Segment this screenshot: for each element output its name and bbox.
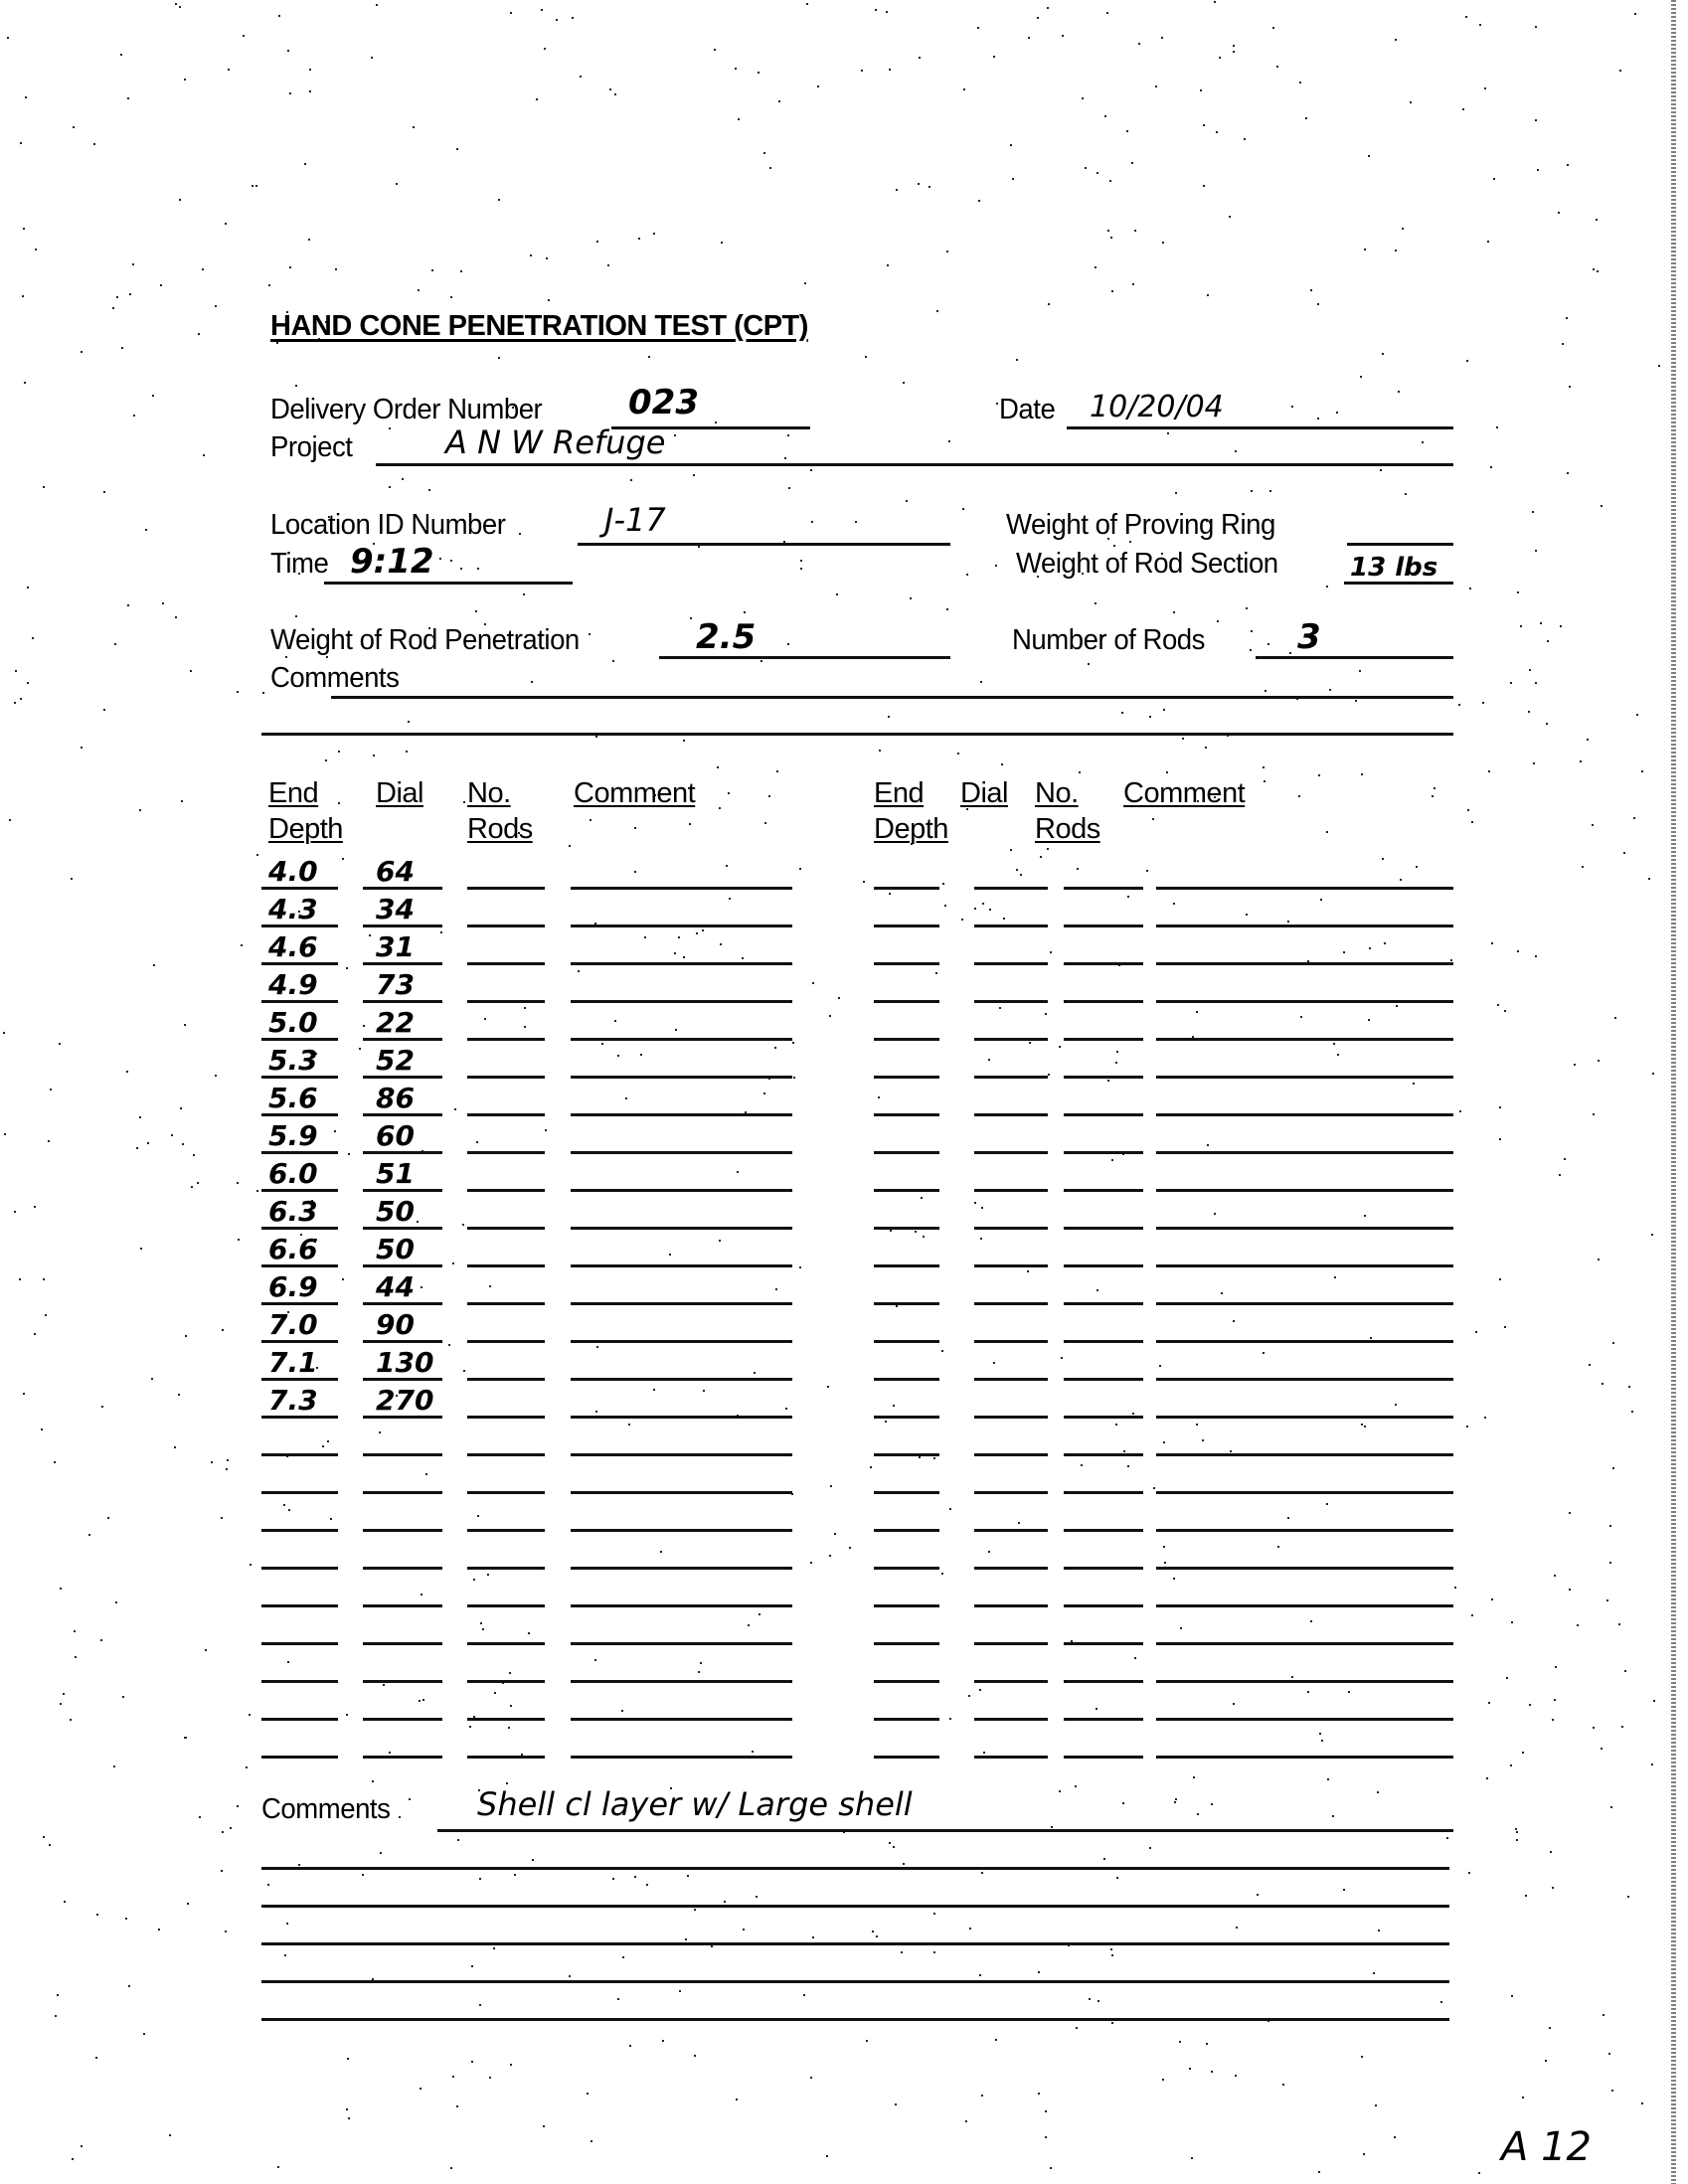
speck	[1219, 57, 1221, 59]
row-line	[261, 1453, 338, 1456]
speck	[893, 1846, 895, 1848]
row-line	[363, 1604, 442, 1607]
row-line[interactable]	[1156, 1529, 1453, 1532]
cell-end-depth[interactable]: 5.6	[268, 1084, 318, 1113]
speck	[630, 479, 632, 481]
row-line	[571, 887, 792, 890]
cell-dial[interactable]: 270	[376, 1386, 433, 1416]
speck	[1633, 817, 1635, 819]
row-line[interactable]	[1064, 1038, 1143, 1041]
row-line[interactable]	[874, 1340, 939, 1343]
cell-dial[interactable]: 64	[376, 857, 415, 887]
cell-dial[interactable]: 60	[376, 1121, 415, 1151]
speck	[589, 633, 591, 635]
row-line	[363, 1718, 442, 1721]
row-line[interactable]	[874, 1756, 939, 1759]
row-line[interactable]	[1156, 962, 1453, 965]
speck	[735, 68, 737, 70]
speck	[1113, 545, 1115, 547]
speck	[1363, 2153, 1365, 2155]
speck	[768, 795, 770, 797]
speck	[1149, 1847, 1151, 1849]
row-line[interactable]	[974, 1453, 1048, 1456]
cell-dial[interactable]: 22	[376, 1008, 415, 1038]
row-line[interactable]	[974, 1038, 1048, 1041]
speck	[409, 1798, 411, 1800]
speck	[810, 2077, 812, 2079]
speck	[966, 574, 968, 576]
row-line[interactable]	[974, 1756, 1048, 1759]
speck	[1482, 702, 1484, 704]
delivery-order-value[interactable]: 023	[628, 386, 699, 420]
row-line[interactable]	[1064, 1227, 1143, 1230]
speck	[1593, 1113, 1595, 1115]
row-line[interactable]	[974, 1302, 1048, 1305]
row-line[interactable]	[874, 1718, 939, 1721]
speck	[1263, 766, 1265, 768]
speck	[389, 427, 391, 429]
speck	[1062, 35, 1064, 37]
speck	[906, 500, 908, 502]
speck	[120, 54, 122, 56]
speck	[634, 871, 636, 873]
cell-dial[interactable]: 73	[376, 970, 415, 1000]
speck	[1529, 669, 1531, 671]
speck	[812, 982, 814, 984]
row-line[interactable]	[1064, 1604, 1143, 1607]
cell-end-depth[interactable]: 5.9	[268, 1121, 318, 1151]
speck	[1001, 763, 1003, 765]
speck	[879, 750, 881, 752]
speck	[829, 1015, 831, 1017]
speck	[638, 238, 640, 240]
speck	[406, 751, 408, 753]
row-line[interactable]	[874, 962, 939, 965]
speck	[918, 183, 920, 185]
speck	[152, 395, 154, 397]
row-line[interactable]	[1064, 1416, 1143, 1419]
row-line[interactable]	[974, 1680, 1048, 1683]
speck	[1499, 1138, 1501, 1140]
row-line[interactable]	[974, 1567, 1048, 1570]
location-id-value[interactable]: J-17	[604, 503, 666, 537]
speck	[1045, 1013, 1047, 1015]
row-line[interactable]	[1156, 1227, 1453, 1230]
row-line[interactable]	[1064, 1264, 1143, 1267]
row-line[interactable]	[874, 1038, 939, 1041]
speck	[974, 1202, 976, 1204]
cell-end-depth[interactable]: 7.1	[268, 1348, 318, 1378]
speck	[524, 1007, 526, 1009]
speck	[743, 1929, 745, 1931]
row-line[interactable]	[874, 1189, 939, 1192]
row-line[interactable]	[974, 1000, 1048, 1003]
speck	[689, 823, 691, 825]
row-line[interactable]	[1156, 1189, 1453, 1192]
speck	[889, 1842, 891, 1844]
row-line[interactable]	[874, 1680, 939, 1683]
speck	[1364, 249, 1366, 251]
row-line[interactable]	[1156, 1604, 1453, 1607]
cell-end-depth[interactable]: 4.3	[268, 895, 318, 924]
row-line[interactable]	[1156, 1076, 1453, 1079]
cell-end-depth[interactable]: 5.3	[268, 1046, 318, 1076]
speck	[322, 1445, 324, 1447]
row-line[interactable]	[874, 1151, 939, 1154]
row-line[interactable]	[974, 1227, 1048, 1230]
row-line[interactable]	[1064, 924, 1143, 927]
row-line[interactable]	[1156, 1000, 1453, 1003]
speck	[834, 1533, 836, 1535]
row-line[interactable]	[974, 887, 1048, 890]
speck	[933, 1457, 935, 1459]
cell-dial[interactable]: 86	[376, 1084, 415, 1113]
comment-line[interactable]	[261, 1867, 1449, 1870]
speck	[1202, 1439, 1204, 1441]
row-line[interactable]	[1156, 1680, 1453, 1683]
row-line[interactable]	[1064, 1491, 1143, 1494]
cell-end-depth[interactable]: 6.9	[268, 1272, 318, 1302]
comment-line[interactable]	[261, 1905, 1449, 1908]
speck	[184, 1024, 186, 1026]
row-line[interactable]	[1064, 1642, 1143, 1645]
speck	[1499, 1278, 1501, 1280]
speck	[1522, 1752, 1524, 1754]
speck	[215, 1075, 217, 1077]
row-line[interactable]	[1156, 1567, 1453, 1570]
row-line[interactable]	[1156, 1151, 1453, 1154]
speck	[510, 12, 512, 14]
speck	[1088, 663, 1090, 665]
cell-dial[interactable]: 52	[376, 1046, 415, 1076]
row-line[interactable]	[1064, 1113, 1143, 1116]
speck	[1653, 1700, 1655, 1702]
speck	[457, 1839, 459, 1841]
speck	[1233, 1320, 1235, 1322]
date-value[interactable]: 10/20/04	[1090, 391, 1224, 424]
speck	[396, 183, 398, 185]
speck	[452, 2076, 454, 2078]
speck	[1619, 70, 1621, 72]
row-line	[467, 1151, 545, 1154]
row-line[interactable]	[974, 924, 1048, 927]
speck	[800, 568, 802, 570]
speck	[399, 1816, 401, 1818]
row-line[interactable]	[874, 1264, 939, 1267]
cell-dial[interactable]: 34	[376, 895, 415, 924]
speck	[221, 1517, 223, 1519]
row-line[interactable]	[974, 1642, 1048, 1645]
row-line[interactable]	[1064, 887, 1143, 890]
cell-end-depth[interactable]: 4.9	[268, 970, 318, 1000]
speck	[979, 1974, 981, 1976]
speck	[890, 1230, 892, 1232]
speck	[1332, 1815, 1334, 1817]
speck	[425, 1473, 427, 1475]
speck	[1491, 1598, 1493, 1600]
speck	[81, 747, 83, 749]
rod-section-value[interactable]: 13 lbs	[1350, 551, 1437, 585]
speck	[1651, 1234, 1653, 1236]
speck	[903, 382, 905, 384]
speck	[702, 929, 704, 931]
speck	[178, 1394, 180, 1396]
speck	[199, 1816, 201, 1818]
speck	[428, 489, 430, 491]
cell-dial[interactable]: 50	[376, 1197, 415, 1227]
cell-end-depth[interactable]: 5.0	[268, 1008, 318, 1038]
speck	[255, 185, 257, 187]
row-line	[571, 1340, 792, 1343]
speck	[1395, 39, 1397, 41]
project-value[interactable]: A N W Refuge	[445, 425, 665, 459]
speck	[1191, 2157, 1193, 2159]
speck	[510, 2064, 512, 2066]
speck	[95, 2057, 97, 2059]
bottom-comments-label: Comments	[261, 1793, 390, 1825]
row-line[interactable]	[874, 924, 939, 927]
row-line[interactable]	[974, 1529, 1048, 1532]
row-line[interactable]	[874, 1113, 939, 1116]
row-line[interactable]	[874, 1076, 939, 1079]
row-line[interactable]	[974, 1604, 1048, 1607]
cell-dial[interactable]: 130	[376, 1348, 433, 1378]
row-line[interactable]	[874, 1604, 939, 1607]
speck	[1487, 241, 1489, 243]
cell-end-depth[interactable]: 7.3	[268, 1386, 318, 1416]
row-line[interactable]	[974, 1340, 1048, 1343]
num-rods-value[interactable]: 3	[1297, 620, 1321, 654]
speck	[693, 474, 695, 476]
cell-end-depth[interactable]: 6.3	[268, 1197, 318, 1227]
speck	[903, 1863, 905, 1865]
speck	[690, 617, 692, 619]
speck	[1559, 1174, 1561, 1176]
speck	[1318, 774, 1320, 776]
row-line[interactable]	[1064, 962, 1143, 965]
speck	[70, 1719, 72, 1721]
row-line	[467, 1302, 545, 1305]
row-line[interactable]	[1064, 1680, 1143, 1683]
speck	[1291, 1676, 1293, 1678]
row-line[interactable]	[1064, 1718, 1143, 1721]
speck	[489, 2077, 491, 2079]
speck	[1038, 2093, 1040, 2095]
row-line[interactable]	[874, 1227, 939, 1230]
row-line[interactable]	[974, 1113, 1048, 1116]
speck	[596, 1346, 598, 1348]
row-line[interactable]	[874, 1453, 939, 1456]
comments-line-2	[261, 733, 1453, 736]
comment-line[interactable]	[261, 1942, 1449, 1945]
speck	[724, 1901, 726, 1903]
cell-end-depth[interactable]: 4.6	[268, 932, 318, 962]
speck	[1277, 1546, 1279, 1548]
speck	[287, 1661, 289, 1663]
speck	[946, 608, 948, 610]
speck	[1569, 386, 1571, 388]
speck	[556, 19, 558, 21]
row-line[interactable]	[1156, 887, 1453, 890]
speck	[419, 1700, 421, 1702]
row-line[interactable]	[1156, 1453, 1453, 1456]
rod-penetration-value[interactable]: 2.5	[696, 620, 756, 654]
date-label: Date	[999, 394, 1055, 425]
time-value[interactable]: 9:12	[350, 545, 434, 579]
speck	[993, 1362, 995, 1364]
speck	[268, 284, 270, 286]
speck	[714, 49, 716, 51]
speck	[1612, 1467, 1614, 1469]
row-line[interactable]	[974, 1416, 1048, 1419]
speck	[50, 1089, 52, 1091]
cell-dial[interactable]: 50	[376, 1235, 415, 1264]
speck	[1272, 27, 1274, 29]
speck	[1207, 294, 1209, 296]
speck	[1163, 709, 1165, 711]
row-line[interactable]	[874, 1642, 939, 1645]
speck	[792, 1042, 794, 1044]
row-line[interactable]	[874, 1000, 939, 1003]
speck	[298, 1864, 300, 1866]
speck	[34, 1333, 36, 1335]
speck	[1510, 1764, 1512, 1766]
speck	[471, 2061, 473, 2063]
speck	[965, 2120, 967, 2122]
speck	[452, 1262, 454, 1264]
cell-end-depth[interactable]: 7.0	[268, 1310, 318, 1340]
speck	[715, 421, 717, 423]
speck	[694, 1909, 696, 1911]
speck	[448, 1344, 450, 1346]
row-line[interactable]	[1156, 1113, 1453, 1116]
speck	[1582, 866, 1584, 868]
speck	[981, 1872, 983, 1874]
speck	[373, 755, 375, 756]
row-line[interactable]	[1156, 1642, 1453, 1645]
row-line[interactable]	[1064, 1378, 1143, 1381]
speck	[979, 1689, 981, 1691]
row-line[interactable]	[974, 962, 1048, 965]
speck	[59, 1043, 61, 1045]
cell-dial[interactable]: 90	[376, 1310, 415, 1340]
row-line[interactable]	[1064, 1529, 1143, 1532]
speck	[498, 199, 500, 201]
comment-line[interactable]	[261, 2018, 1449, 2021]
bottom-comments-value[interactable]: Shell cl layer w/ Large shell	[477, 1787, 913, 1821]
speck	[1511, 1995, 1513, 1997]
speck	[342, 1278, 344, 1280]
row-line[interactable]	[1064, 1302, 1143, 1305]
row-line[interactable]	[974, 1076, 1048, 1079]
cell-dial[interactable]: 31	[376, 932, 415, 962]
speck	[1305, 117, 1307, 119]
speck	[1111, 1954, 1113, 1956]
speck	[1291, 406, 1293, 408]
cell-dial[interactable]: 51	[376, 1159, 415, 1189]
row-line[interactable]	[974, 1718, 1048, 1721]
row-line	[261, 1680, 338, 1683]
row-line	[571, 924, 792, 927]
row-line[interactable]	[1064, 1340, 1143, 1343]
row-line[interactable]	[874, 1416, 939, 1419]
row-line[interactable]	[1156, 1756, 1453, 1759]
row-line[interactable]	[1064, 1453, 1143, 1456]
speck	[174, 1446, 176, 1448]
speck	[133, 415, 135, 417]
speck	[450, 296, 452, 298]
speck	[1478, 2172, 1480, 2174]
row-line[interactable]	[1064, 1756, 1143, 1759]
speck	[675, 1029, 677, 1031]
speck	[81, 351, 83, 353]
speck	[1368, 155, 1370, 157]
speck	[622, 1956, 624, 1958]
speck	[252, 185, 253, 187]
row-line[interactable]	[1156, 1416, 1453, 1419]
speck	[1179, 2041, 1181, 2043]
speck	[1289, 652, 1291, 654]
speck	[717, 766, 719, 768]
row-line[interactable]	[974, 1491, 1048, 1494]
row-line[interactable]	[1156, 924, 1453, 927]
comment-line[interactable]	[261, 1980, 1449, 1983]
speck	[32, 637, 34, 639]
row-line[interactable]	[1156, 1038, 1453, 1041]
cell-end-depth[interactable]: 6.0	[268, 1159, 318, 1189]
row-line[interactable]	[1064, 1000, 1143, 1003]
cell-end-depth[interactable]: 4.0	[268, 857, 318, 887]
row-line[interactable]	[874, 1491, 939, 1494]
row-line[interactable]	[1156, 1378, 1453, 1381]
speck	[1359, 670, 1361, 672]
row-line[interactable]	[874, 1302, 939, 1305]
row-line[interactable]	[974, 1264, 1048, 1267]
speck	[454, 1108, 456, 1110]
row-line[interactable]	[874, 1378, 939, 1381]
cell-dial[interactable]: 44	[376, 1272, 415, 1302]
row-line[interactable]	[874, 1567, 939, 1570]
row-line[interactable]	[1064, 1189, 1143, 1192]
speck	[572, 17, 574, 19]
speck	[921, 1197, 923, 1199]
row-line[interactable]	[1156, 1340, 1453, 1343]
row-line[interactable]	[1064, 1567, 1143, 1570]
speck	[19, 1278, 21, 1280]
speck	[1589, 1364, 1591, 1366]
row-line[interactable]	[974, 1189, 1048, 1192]
row-line[interactable]	[1156, 1491, 1453, 1494]
row-line[interactable]	[1064, 1151, 1143, 1154]
row-line[interactable]	[874, 887, 939, 890]
row-line[interactable]	[874, 1529, 939, 1532]
speck	[147, 1142, 149, 1144]
row-line[interactable]	[974, 1378, 1048, 1381]
row-line[interactable]	[974, 1151, 1048, 1154]
speck	[1506, 1677, 1508, 1679]
cell-end-depth[interactable]: 6.6	[268, 1235, 318, 1264]
speck	[1610, 1806, 1612, 1808]
speck	[380, 1852, 382, 1854]
row-line[interactable]	[1156, 1302, 1453, 1305]
row-line[interactable]	[1064, 1076, 1143, 1079]
row-line[interactable]	[1156, 1264, 1453, 1267]
speck	[578, 970, 580, 972]
speck	[4, 1133, 6, 1135]
row-line	[363, 1756, 442, 1759]
row-line	[571, 1000, 792, 1003]
row-line[interactable]	[1156, 1718, 1453, 1721]
